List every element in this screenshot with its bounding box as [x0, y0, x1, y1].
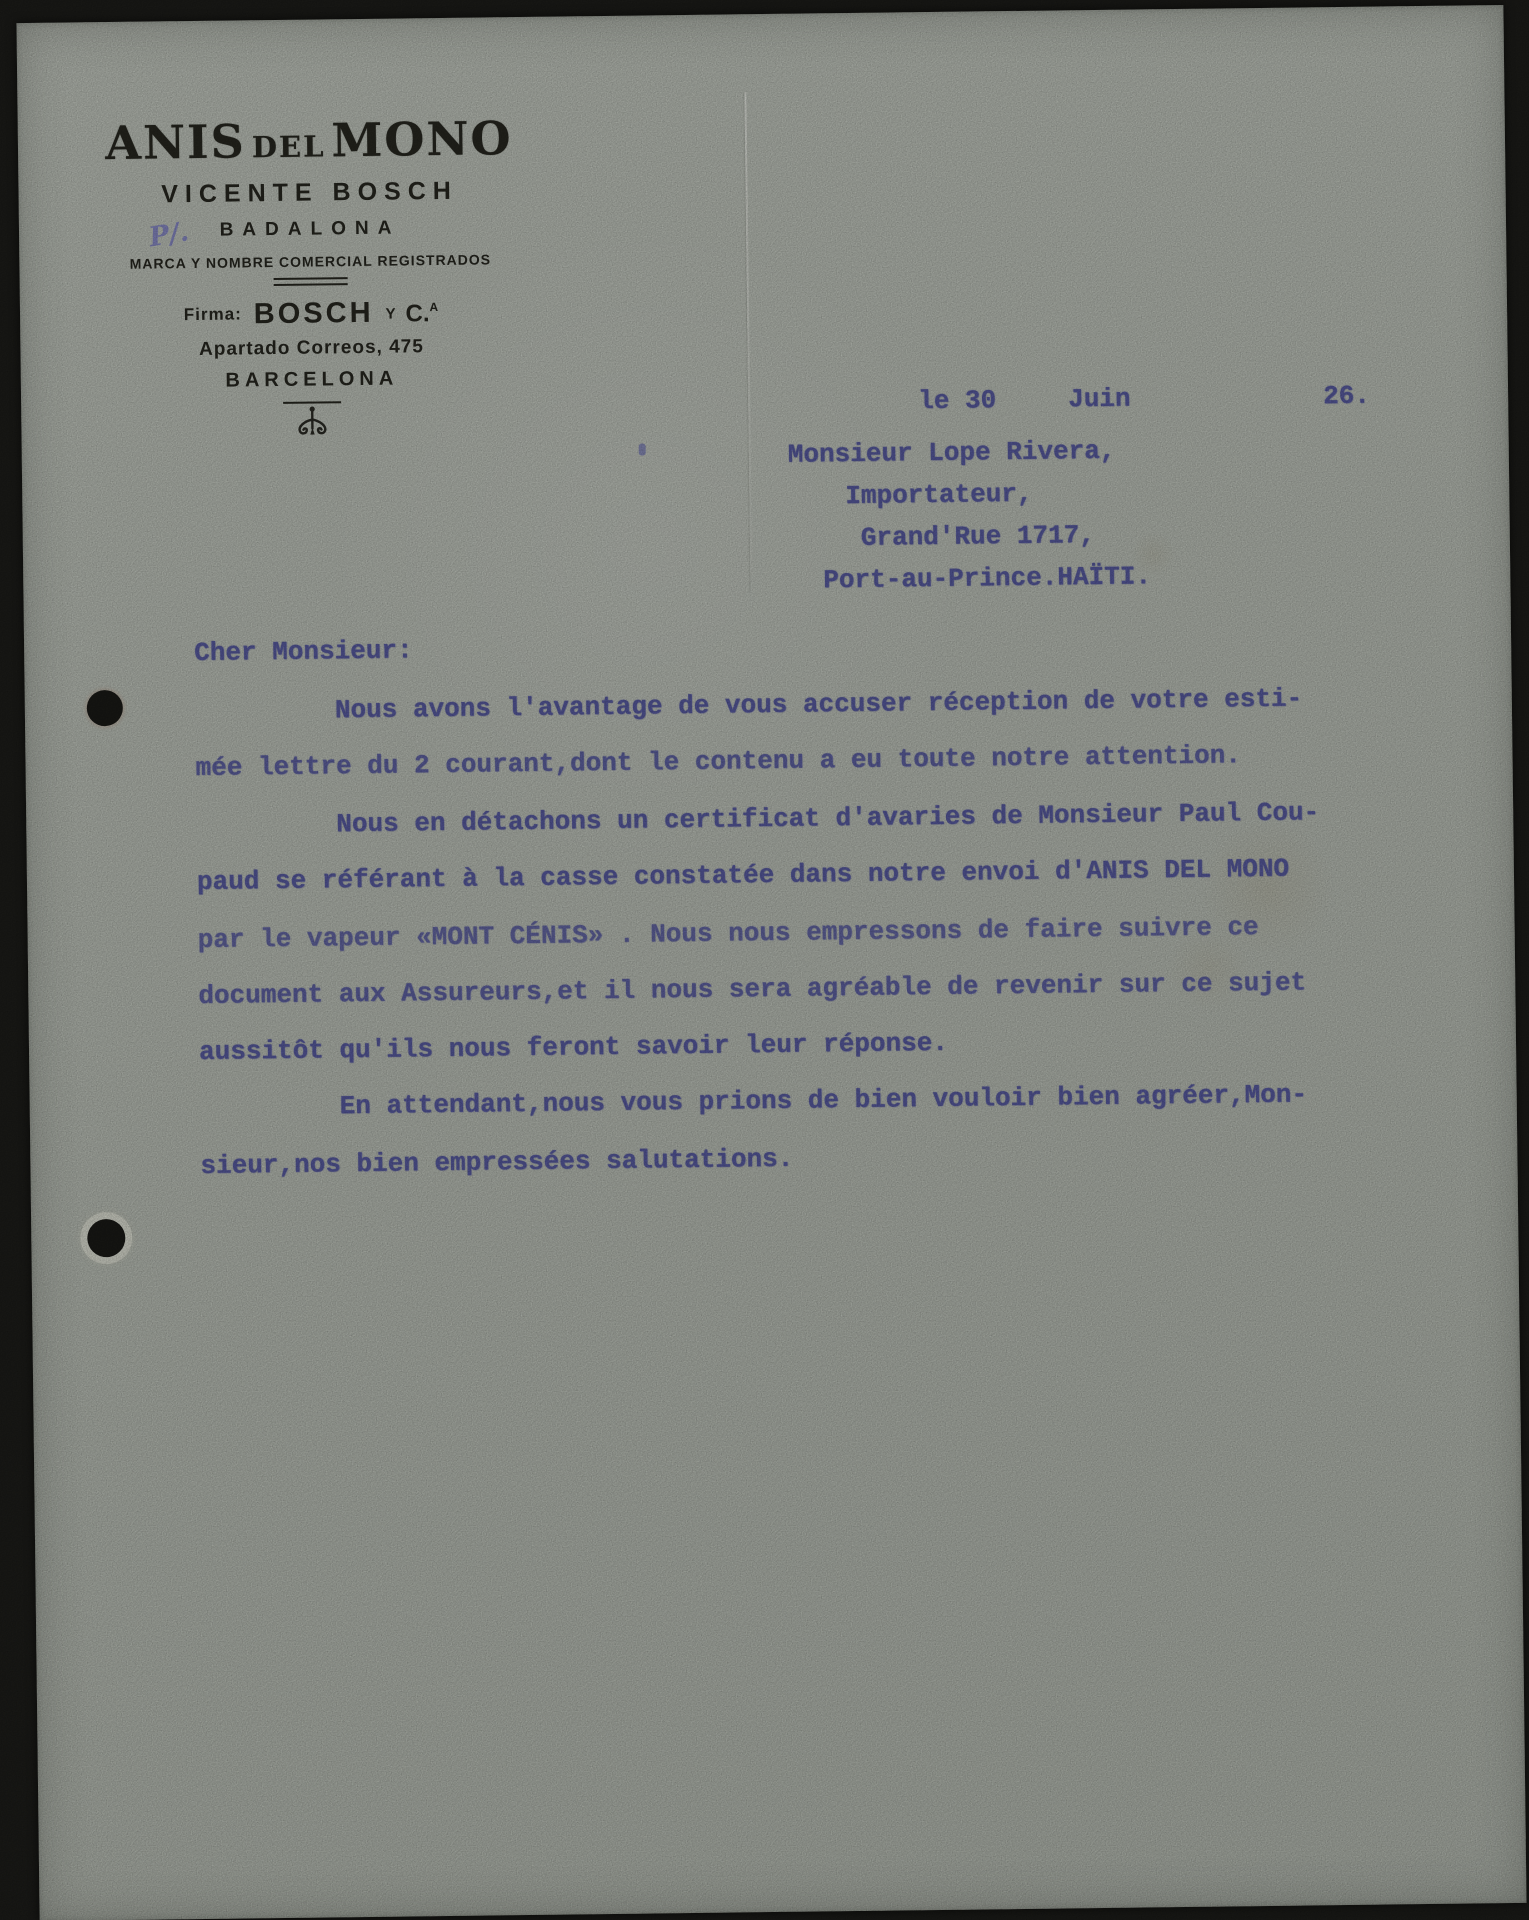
date-year: 26.: [1323, 383, 1370, 410]
brand-word-del: DEL: [246, 129, 332, 164]
salutation: Cher Monsieur:: [194, 637, 413, 666]
brand-title: ANISDELMONO: [74, 115, 545, 167]
letterhead-office-city: BARCELONA: [77, 366, 547, 395]
ink-speck: [639, 443, 646, 455]
body-line: paud se référant à la casse constatée da…: [197, 856, 1289, 895]
recipient-city-country: Port-au-Prince.HAÏTI.: [823, 563, 1151, 593]
letterhead-po-box: Apartado Correos, 475: [76, 335, 546, 363]
letterhead-registration: MARCA Y NOMBRE COMERCIAL REGISTRADOS: [75, 251, 545, 273]
letterhead-city: BADALONA: [75, 216, 545, 244]
body-line: aussitôt qu'ils nous feront savoir leur …: [199, 1030, 948, 1065]
body-line: mée lettre du 2 courant,dont le contenu …: [195, 742, 1241, 781]
date-day: le 30: [918, 387, 996, 414]
hole-punch-top: [87, 690, 123, 726]
body-line: sieur,nos bien empressées salutations.: [200, 1146, 793, 1179]
firma-superscript: A: [429, 300, 438, 314]
recipient-title: Importateur,: [845, 481, 1033, 509]
handwritten-note: P/.: [147, 216, 191, 253]
firma-name: BOSCH: [242, 297, 374, 331]
firma-company: C.: [395, 300, 429, 327]
brand-word-mono: MONO: [331, 111, 513, 167]
firma-conjunction: Y: [373, 306, 395, 323]
body-line: Nous en détachons un certificat d'avarie…: [336, 799, 1319, 837]
letterhead-owner: VICENTE BOSCH: [74, 176, 544, 211]
double-rule-divider: [274, 277, 348, 286]
letter-page: ANISDELMONO VICENTE BOSCH BADALONA MARCA…: [16, 5, 1526, 1920]
paper-fold-crease: [744, 92, 752, 592]
hole-punch-bottom: [87, 1219, 125, 1257]
letterhead: ANISDELMONO VICENTE BOSCH BADALONA MARCA…: [74, 115, 548, 447]
date-month: Juin: [1068, 386, 1131, 413]
body-line: En attendant,nous vous prions de bien vo…: [340, 1081, 1308, 1119]
letterhead-firma-line: Firma:BOSCHYC.A: [76, 295, 546, 334]
recipient-name: Monsieur Lope Rivera,: [788, 438, 1116, 468]
firma-label: Firma:: [184, 304, 242, 324]
brand-word-anis: ANIS: [105, 114, 246, 170]
body-line: Nous avons l'avantage de vous accuser ré…: [335, 685, 1303, 723]
body-line: document aux Assureurs,et il nous sera a…: [198, 969, 1306, 1009]
scanner-background: ANISDELMONO VICENTE BOSCH BADALONA MARCA…: [0, 0, 1529, 1920]
body-line: par le vapeur «MONT CÉNIS» . Nous nous e…: [198, 914, 1259, 953]
scroll-flourish-icon: [77, 402, 547, 447]
recipient-street: Grand'Rue 1717,: [861, 522, 1095, 551]
